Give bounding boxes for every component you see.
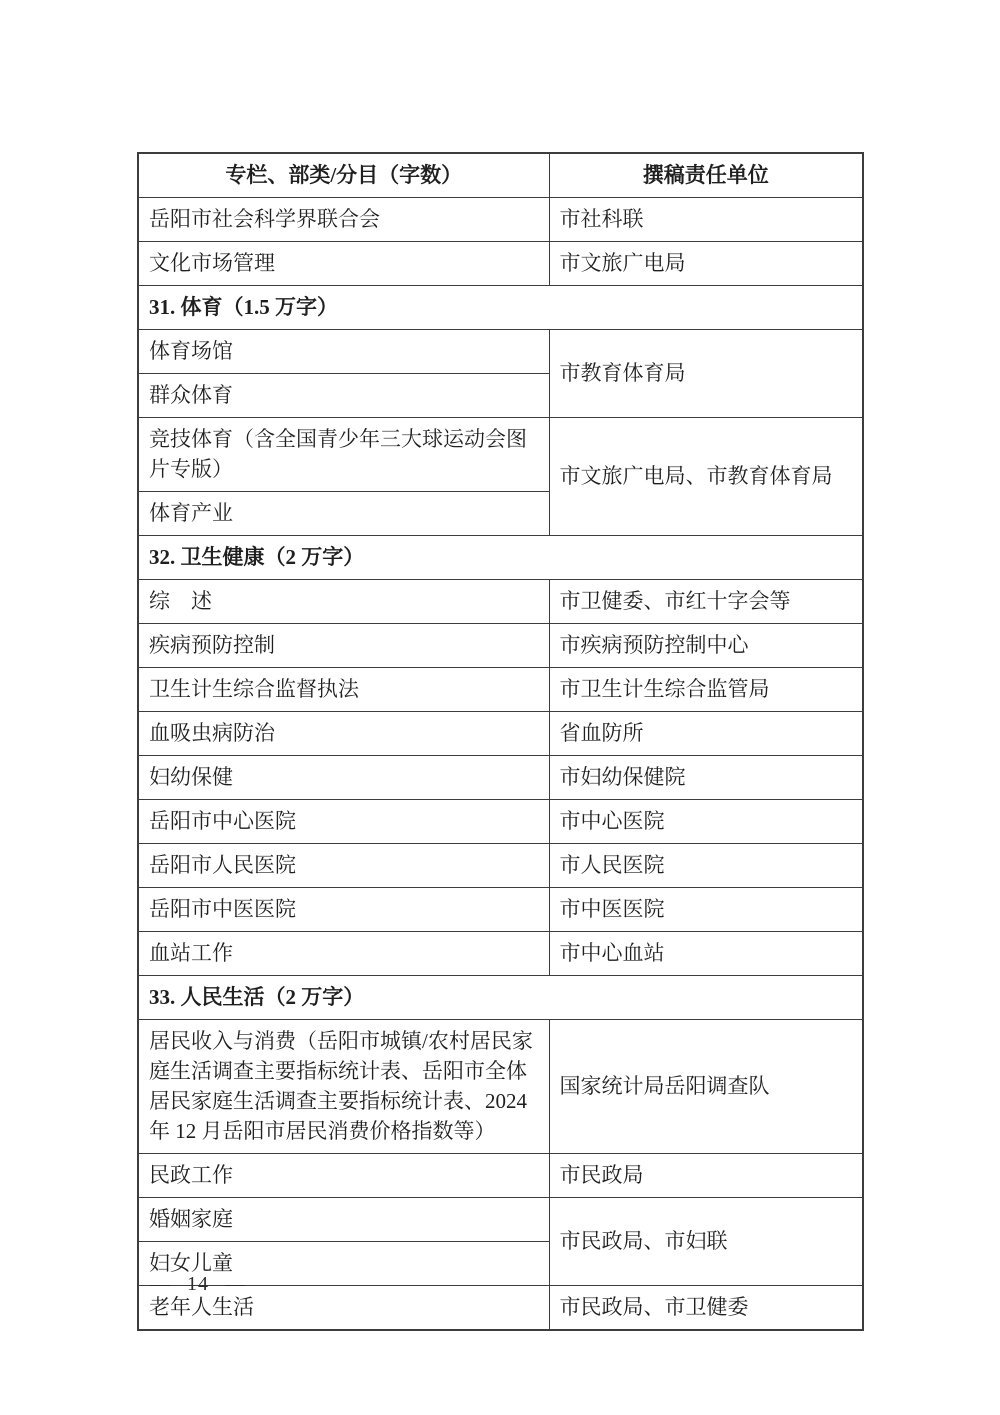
- unit-cell: 市人民医院: [549, 844, 863, 888]
- unit-cell: 国家统计局岳阳调查队: [549, 1020, 863, 1154]
- unit-cell: 市社科联: [549, 198, 863, 242]
- section-row: 33. 人民生活（2 万字）: [138, 976, 863, 1020]
- table-row: 岳阳市中医医院市中医医院: [138, 888, 863, 932]
- table-row: 血吸虫病防治省血防所: [138, 712, 863, 756]
- unit-cell: 市中心医院: [549, 800, 863, 844]
- document-page: 专栏、部类/分目（字数） 撰稿责任单位 岳阳市社会科学界联合会市社科联文化市场管…: [0, 0, 1000, 1415]
- table-row: 老年人生活市民政局、市卫健委: [138, 1286, 863, 1331]
- section-title: 32. 卫生健康（2 万字）: [138, 536, 863, 580]
- unit-cell: 市妇幼保健院: [549, 756, 863, 800]
- unit-cell: 市中医医院: [549, 888, 863, 932]
- table-row: 血站工作市中心血站: [138, 932, 863, 976]
- table-row: 竞技体育（含全国青少年三大球运动会图片专版）市文旅广电局、市教育体育局: [138, 418, 863, 492]
- topic-cell: 民政工作: [138, 1154, 549, 1198]
- table-row: 岳阳市社会科学界联合会市社科联: [138, 198, 863, 242]
- unit-cell: 市文旅广电局、市教育体育局: [549, 418, 863, 536]
- page-number: — 14 —: [150, 1272, 246, 1296]
- unit-cell: 市中心血站: [549, 932, 863, 976]
- unit-cell: 市疾病预防控制中心: [549, 624, 863, 668]
- unit-cell: 市民政局: [549, 1154, 863, 1198]
- unit-cell: 市民政局、市妇联: [549, 1198, 863, 1286]
- table-row: 体育场馆市教育体育局: [138, 330, 863, 374]
- topic-cell: 卫生计生综合监督执法: [138, 668, 549, 712]
- unit-cell: 市民政局、市卫健委: [549, 1286, 863, 1331]
- topic-cell: 疾病预防控制: [138, 624, 549, 668]
- topic-cell: 文化市场管理: [138, 242, 549, 286]
- assignment-table: 专栏、部类/分目（字数） 撰稿责任单位 岳阳市社会科学界联合会市社科联文化市场管…: [137, 152, 864, 1331]
- topic-cell: 血站工作: [138, 932, 549, 976]
- topic-cell: 妇幼保健: [138, 756, 549, 800]
- topic-cell: 体育产业: [138, 492, 549, 536]
- table-row: 婚姻家庭市民政局、市妇联: [138, 1198, 863, 1242]
- section-row: 32. 卫生健康（2 万字）: [138, 536, 863, 580]
- topic-cell: 岳阳市中医医院: [138, 888, 549, 932]
- topic-cell: 岳阳市中心医院: [138, 800, 549, 844]
- unit-cell: 市教育体育局: [549, 330, 863, 418]
- table-row: 居民收入与消费（岳阳市城镇/农村居民家庭生活调查主要指标统计表、岳阳市全体居民家…: [138, 1020, 863, 1154]
- topic-cell: 竞技体育（含全国青少年三大球运动会图片专版）: [138, 418, 549, 492]
- table-row: 文化市场管理市文旅广电局: [138, 242, 863, 286]
- header-topic-column: 专栏、部类/分目（字数）: [138, 153, 549, 198]
- topic-cell: 综 述: [138, 580, 549, 624]
- table-body: 岳阳市社会科学界联合会市社科联文化市场管理市文旅广电局31. 体育（1.5 万字…: [138, 198, 863, 1331]
- table-row: 卫生计生综合监督执法市卫生计生综合监管局: [138, 668, 863, 712]
- unit-cell: 市卫生计生综合监管局: [549, 668, 863, 712]
- topic-cell: 岳阳市社会科学界联合会: [138, 198, 549, 242]
- section-row: 31. 体育（1.5 万字）: [138, 286, 863, 330]
- table-row: 妇幼保健市妇幼保健院: [138, 756, 863, 800]
- topic-cell: 体育场馆: [138, 330, 549, 374]
- section-title: 33. 人民生活（2 万字）: [138, 976, 863, 1020]
- unit-cell: 市文旅广电局: [549, 242, 863, 286]
- table-row: 综 述市卫健委、市红十字会等: [138, 580, 863, 624]
- table-row: 岳阳市中心医院市中心医院: [138, 800, 863, 844]
- topic-cell: 婚姻家庭: [138, 1198, 549, 1242]
- table-header-row: 专栏、部类/分目（字数） 撰稿责任单位: [138, 153, 863, 198]
- table-row: 岳阳市人民医院市人民医院: [138, 844, 863, 888]
- unit-cell: 省血防所: [549, 712, 863, 756]
- header-unit-column: 撰稿责任单位: [549, 153, 863, 198]
- table-row: 民政工作市民政局: [138, 1154, 863, 1198]
- unit-cell: 市卫健委、市红十字会等: [549, 580, 863, 624]
- section-title: 31. 体育（1.5 万字）: [138, 286, 863, 330]
- topic-cell: 群众体育: [138, 374, 549, 418]
- table-row: 疾病预防控制市疾病预防控制中心: [138, 624, 863, 668]
- topic-cell: 血吸虫病防治: [138, 712, 549, 756]
- topic-cell: 居民收入与消费（岳阳市城镇/农村居民家庭生活调查主要指标统计表、岳阳市全体居民家…: [138, 1020, 549, 1154]
- topic-cell: 岳阳市人民医院: [138, 844, 549, 888]
